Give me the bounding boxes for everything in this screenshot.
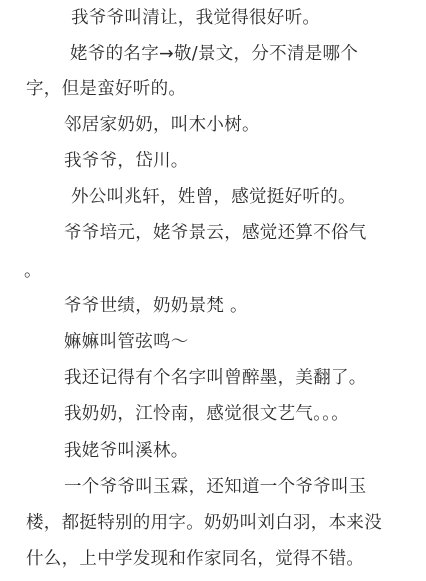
text-line-11: 我还记得有个名字叫曾醉墨，美翻了。 xyxy=(64,368,367,388)
text-line-14: 一个爷爷叫玉霖，还知道一个爷爷叫玉 xyxy=(64,477,367,497)
text-line-13: 我姥爷叫溪林。 xyxy=(64,441,189,461)
text-line-6: 外公叫兆轩，姓曾，感觉挺好听的。 xyxy=(71,187,356,207)
text-line-7: 爷爷培元，姥爷景云，感觉还算不俗气 xyxy=(64,223,367,243)
text-line-9: 爷爷世绩，奶奶景梵 。 xyxy=(64,296,248,316)
text-line-1: 我爷爷叫清让，我觉得很好听。 xyxy=(71,8,320,28)
text-line-5: 我爷爷，岱川。 xyxy=(64,151,189,171)
text-line-10: 嫲嫲叫管弦鸣～ xyxy=(64,332,189,352)
text-line-8: 。 xyxy=(24,261,42,281)
text-line-15: 楼，都挺特别的用字。奶奶叫刘白羽，本来没 xyxy=(26,513,382,533)
text-line-12: 我奶奶，江怜南，感觉很文艺气。。。 xyxy=(64,404,349,424)
document-body: 我爷爷叫清让，我觉得很好听。 姥爷的名字→敬/景文，分不清是哪个 字，但是蛮好听… xyxy=(0,0,426,581)
text-line-16: 什么，上中学发现和作家同名，觉得不错。 xyxy=(26,549,364,569)
text-line-3: 字，但是蛮好听的。 xyxy=(26,79,186,99)
text-line-4: 邻居家奶奶，叫木小树。 xyxy=(64,115,260,135)
text-line-2: 姥爷的名字→敬/景文，分不清是哪个 xyxy=(70,44,358,64)
